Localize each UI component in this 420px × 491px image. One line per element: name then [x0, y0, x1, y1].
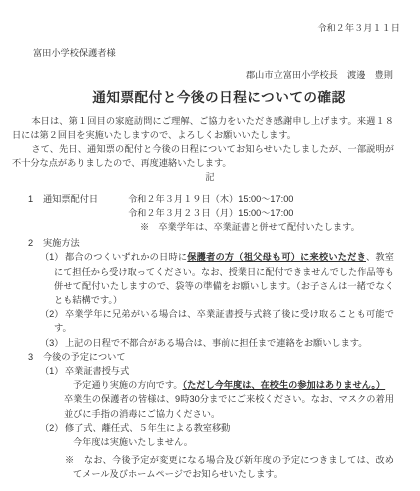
- section1-heading: 通知票配付日: [43, 192, 128, 235]
- list-item-title: 修了式、離任式、５年生による教室移動: [65, 423, 230, 433]
- sub-paragraph-3-2: 今年度は実施いたしません。: [64, 435, 394, 449]
- section1-row: 1 通知票配付日 令和２年３月１９日（木）15:00～17:00 令和２年３月２…: [0, 192, 420, 235]
- sub-paragraph-3-1: 予定通り実施の方向です。（ただし今年度は、在校生の参加はありません。） 卒業生の…: [64, 378, 394, 421]
- section-future-schedule: 3 今後の予定について （1） 卒業証書授与式 予定通り実施の方向です。（ただし…: [0, 350, 420, 449]
- section2-heading: 実施方法: [43, 236, 80, 250]
- addressee: 富田小学校保護者様: [33, 46, 420, 60]
- section1-content: 令和２年３月１９日（木）15:00～17:00 令和２年３月２３日（月）15:0…: [128, 192, 420, 235]
- list-item-label: （1）: [40, 364, 64, 378]
- section3-head: 3 今後の予定について: [0, 350, 420, 364]
- intro-block: 本日は、第１回目の家庭訪問にご理解、ご協力をいただき感謝申し上げます。来週１８日…: [12, 114, 394, 171]
- emphasis-text: 保護者の方（祖父母も可）に来校いただき: [187, 252, 366, 262]
- sub-line-2: 卒業生の保護者の皆様は、9時30分までにご来校ください。なお、マスクの着用並びに…: [64, 392, 394, 420]
- record-marker: 記: [0, 170, 420, 184]
- list-item-label: （3）: [40, 336, 64, 350]
- section3-heading: 今後の予定について: [43, 350, 126, 364]
- list-item-text: 上記の日程で不都合がある場合は、事前に担任まで連絡をお願いします。: [65, 338, 367, 348]
- list-item-text: 卒業学年に兄弟がいる場合は、卒業証書授与式終了後に受け取ることも可能です。: [54, 309, 394, 333]
- list-item-label: （2）: [40, 307, 64, 321]
- list-item-title: 卒業証書授与式: [65, 366, 129, 376]
- footnote-marker: ※: [65, 455, 84, 465]
- list-item-3-1: （1） 卒業証書授与式: [54, 364, 394, 378]
- footnote: ※ なお、今後予定が変更になる場合及び新年度の予定につきましては、改めてメール及…: [73, 453, 394, 481]
- list-item-label: （2）: [40, 421, 64, 435]
- sub-line-1: 予定通り実施の方向です。（ただし今年度は、在校生の参加はありません。）: [64, 378, 394, 392]
- schedule-date-2: 令和２年３月２３日（月）15:00～17:00: [128, 206, 420, 220]
- document-title: 通知票配付と今後の日程についての確認: [0, 88, 420, 108]
- schedule-note: ※ 卒業学年は、卒業証書と併せて配付いたします。: [128, 220, 420, 234]
- list-item-3-2: （2） 修了式、離任式、５年生による教室移動: [54, 421, 394, 435]
- sub-line-1: 今年度は実施いたしません。: [64, 435, 394, 449]
- list-item-text: 都合のつくいずれかの日時に: [65, 252, 187, 262]
- section-method: 2 実施方法 （1） 都合のつくいずれかの日時に保護者の方（祖父母も可）に来校い…: [0, 236, 420, 350]
- intro-paragraph-1: 本日は、第１回目の家庭訪問にご理解、ご協力をいただき感謝申し上げます。来週１８日…: [12, 114, 394, 142]
- list-item-2-2: （2） 卒業学年に兄弟がいる場合は、卒業証書授与式終了後に受け取ることも可能です…: [54, 307, 394, 335]
- section2-number: 2: [28, 236, 43, 250]
- date-line: 令和２年３月１１日: [0, 21, 420, 35]
- sub-line-text: 予定通り実施の方向です。: [73, 380, 183, 390]
- document-page: 令和２年３月１１日 富田小学校保護者様 郡山市立富田小学校長 渡邊 豊則 通知票…: [0, 0, 420, 491]
- sender-line: 郡山市立富田小学校長 渡邊 豊則: [0, 68, 420, 82]
- section2-head: 2 実施方法: [0, 236, 420, 250]
- section-notification-dates: 1 通知票配付日 令和２年３月１９日（木）15:00～17:00 令和２年３月２…: [0, 192, 420, 235]
- intro-paragraph-2: さて、先日、通知票の配付と今後の日程についてお知らせいたしましたが、一部説明が不…: [12, 142, 394, 170]
- footnote-text: なお、今後予定が変更になる場合及び新年度の予定につきましては、改めてメール及びホ…: [73, 455, 394, 479]
- section3-number: 3: [28, 350, 43, 364]
- emphasis-text: （ただし今年度は、在校生の参加はありません。）: [183, 380, 386, 390]
- list-item-2-3: （3） 上記の日程で不都合がある場合は、事前に担任まで連絡をお願いします。: [54, 336, 394, 350]
- list-item-2-1: （1） 都合のつくいずれかの日時に保護者の方（祖父母も可）に来校いただき、教室に…: [54, 250, 394, 307]
- schedule-date-1: 令和２年３月１９日（木）15:00～17:00: [128, 192, 420, 206]
- section1-number: 1: [28, 192, 43, 235]
- list-item-label: （1）: [40, 250, 64, 264]
